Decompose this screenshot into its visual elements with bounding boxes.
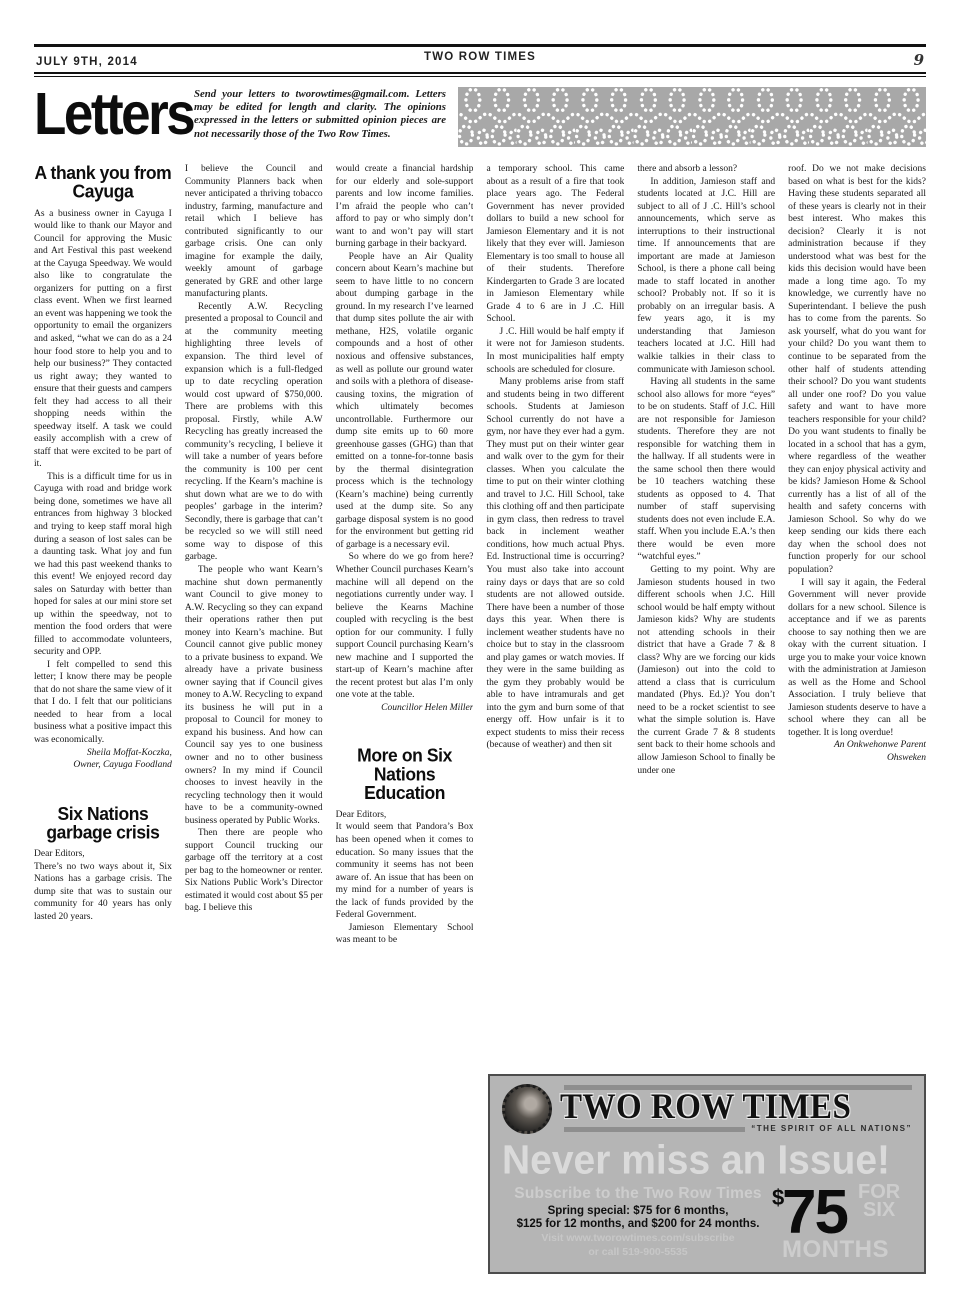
ad-headline: Never miss an Issue!: [502, 1140, 912, 1181]
letter-paragraph: In addition, Jamieson staff and students…: [637, 176, 775, 377]
ad-offer-block: Subscribe to the Two Row Times Spring sp…: [502, 1185, 774, 1259]
header-rule: [34, 72, 926, 77]
letter-paragraph: People have an Air Quality concern about…: [336, 251, 474, 552]
ad-special-line-1: Spring special: $75 for 6 months,: [502, 1205, 774, 1218]
page-header: JULY 9TH, 2014 TWO ROW TIMES 9: [34, 47, 926, 72]
ad-price-block: $ 75 FORSIX MONTHS: [774, 1185, 912, 1259]
letter-paragraph: Having all students in the same school a…: [637, 376, 775, 564]
newspaper-title: TWO ROW TIMES: [34, 51, 926, 63]
letter-signature: Councillor Helen Miller: [336, 702, 474, 715]
letter-signature: Ohsweken: [788, 752, 926, 765]
letter-paragraph: would create a financial hardship for ou…: [336, 163, 474, 251]
letter-paragraph: As a business owner in Cayuga I would li…: [34, 208, 172, 471]
ad-bottom-row: Subscribe to the Two Row Times Spring sp…: [502, 1185, 912, 1259]
ad-visit-line-2: or call 519-900-5535: [502, 1247, 774, 1259]
letter-paragraph: So where do we go from here? Whether Cou…: [336, 551, 474, 701]
ad-subscribe-line: Subscribe to the Two Row Times: [502, 1185, 774, 1203]
ad-visit-line-1: Visit www.tworowtimes.com/subscribe: [502, 1233, 774, 1245]
letters-disclaimer: Send your letters to tworowtimes@gmail.c…: [194, 87, 446, 141]
ad-brand-block: TWO ROW TIMES “THE SPIRIT OF ALL NATIONS…: [560, 1085, 912, 1133]
wampum-pattern-icon: [458, 87, 926, 147]
letter-paragraph: I will say it again, the Federal Governm…: [788, 577, 926, 740]
letter-paragraph: a temporary school. This came about as a…: [486, 163, 624, 326]
letter-paragraph: The people who want Kearn’s machine shut…: [185, 564, 323, 827]
ad-rule-bottom: [564, 1127, 745, 1132]
subscription-ad: TWO ROW TIMES “THE SPIRIT OF ALL NATIONS…: [488, 1074, 926, 1274]
letters-content: A thank you from CayugaAs a business own…: [34, 163, 926, 1281]
ad-brand-title: TWO ROW TIMES: [560, 1090, 912, 1126]
letter-paragraph: There’s no two ways about it, Six Nation…: [34, 861, 172, 924]
ad-price-months: MONTHS: [782, 1236, 889, 1264]
letter-signature: An Onkwehonwe Parent: [788, 739, 926, 752]
ad-portrait-logo-icon: [502, 1084, 552, 1134]
letter-paragraph: This is a difficult time for us in Cayug…: [34, 471, 172, 659]
newspaper-page: JULY 9TH, 2014 TWO ROW TIMES 9 Letters S…: [0, 0, 960, 1294]
text-column-3: would create a financial hardship for ou…: [336, 163, 474, 1281]
text-column-2: I believe the Council and Community Plan…: [185, 163, 323, 1281]
letter-paragraph: Jamieson Elementary School was meant to …: [336, 922, 474, 947]
ad-special-line-2: $125 for 12 months, and $200 for 24 mont…: [502, 1218, 774, 1231]
letter-signature: Owner, Cayuga Foodland: [34, 759, 172, 772]
letter-paragraph: there and absorb a lesson?: [637, 163, 775, 176]
letters-masthead: Letters Send your letters to tworowtimes…: [34, 87, 926, 153]
letter-paragraph: I felt compelled to send this letter; I …: [34, 659, 172, 747]
letter-heading: More on Six Nations Education: [336, 747, 474, 803]
letter-heading: Six Nations garbage crisis: [34, 805, 172, 842]
letter-paragraph: It would seem that Pandora’s Box has bee…: [336, 821, 474, 921]
ad-logo-row: TWO ROW TIMES “THE SPIRIT OF ALL NATIONS…: [502, 1084, 912, 1134]
letter-paragraph: J .C. Hill would be half empty if it wer…: [486, 326, 624, 376]
section-title: Letters: [34, 87, 194, 143]
letter-paragraph: Getting to my point. Why are Jamieson st…: [637, 564, 775, 777]
letter-heading: A thank you from Cayuga: [34, 164, 172, 201]
letter-paragraph: Then there are people who support Counci…: [185, 827, 323, 915]
letter-paragraph: Dear Editors,: [34, 848, 172, 861]
letter-paragraph: I believe the Council and Community Plan…: [185, 163, 323, 301]
letter-paragraph: roof. Do we not make decisions based on …: [788, 163, 926, 577]
letter-paragraph: Recently A.W. Recycling presented a prop…: [185, 301, 323, 564]
text-column-1: A thank you from CayugaAs a business own…: [34, 163, 172, 1281]
letter-paragraph: Many problems arise from staff and stude…: [486, 376, 624, 752]
letter-paragraph: Dear Editors,: [336, 809, 474, 822]
wampum-pattern-strip: [458, 87, 926, 147]
ad-price-for-six: FORSIX: [858, 1183, 900, 1220]
letter-signature: Sheila Moffat-Koczka,: [34, 747, 172, 760]
